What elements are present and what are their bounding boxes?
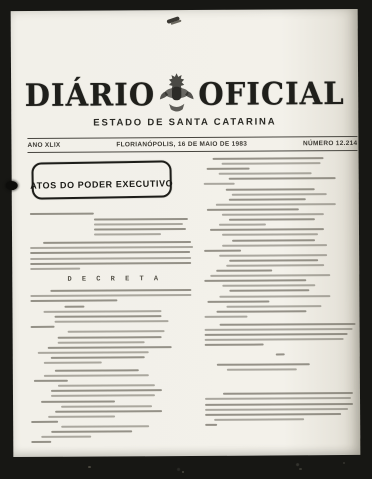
paper-page: DIÁRIO OFICIAL ESTADO DE SANTA CATARINA …	[11, 9, 361, 457]
text-line	[205, 328, 353, 331]
text-line	[31, 326, 55, 328]
text-line	[30, 262, 191, 265]
text-line	[94, 233, 161, 235]
dateline-city-date: FLORIANÓPOLIS, 16 DE MAIO DE 1983	[116, 141, 247, 149]
text-line	[225, 188, 314, 191]
text-block-items	[204, 157, 359, 318]
text-line	[30, 246, 193, 249]
dateline-ano: ANO XLIX	[27, 142, 60, 149]
text-line	[54, 315, 162, 318]
text-line	[34, 380, 68, 382]
section-box-label: ATOS DO PODER EXECUTIVO	[30, 178, 173, 190]
text-line	[58, 336, 162, 339]
text-line	[31, 441, 51, 443]
text-line	[55, 410, 163, 413]
text-line	[219, 224, 265, 226]
text-line	[210, 228, 324, 231]
text-line	[223, 392, 352, 395]
text-line	[205, 424, 217, 426]
scan-speck	[88, 466, 91, 468]
text-line	[58, 384, 155, 387]
text-line	[30, 294, 191, 297]
text-line	[41, 400, 115, 402]
text-line	[219, 173, 311, 176]
text-line	[37, 351, 148, 354]
text-line	[205, 338, 344, 341]
text-line	[205, 333, 348, 336]
text-line	[223, 285, 315, 288]
text-line	[207, 208, 299, 211]
text-line	[229, 290, 309, 292]
text-line	[226, 305, 321, 308]
text-line	[30, 257, 191, 260]
decreta-heading: D E C R E T A	[30, 275, 198, 284]
text-line	[204, 249, 241, 251]
text-line	[228, 198, 305, 200]
scan-speck	[299, 468, 302, 470]
text-line	[44, 361, 101, 363]
scan-background: DIÁRIO OFICIAL ESTADO DE SANTA CATARINA …	[0, 0, 372, 479]
text-line	[210, 274, 330, 277]
text-line	[51, 395, 155, 398]
text-line	[217, 364, 309, 367]
text-line	[232, 239, 315, 242]
text-line	[226, 264, 325, 267]
text-block-paragraph	[205, 323, 359, 346]
text-line	[61, 425, 148, 428]
text-line	[50, 289, 191, 292]
text-line	[94, 228, 186, 231]
text-line	[51, 430, 132, 432]
text-line	[30, 267, 80, 269]
text-line	[226, 369, 297, 371]
text-line	[94, 223, 183, 226]
text-line	[44, 374, 148, 377]
text-line	[30, 213, 94, 215]
text-block-separator	[205, 353, 359, 356]
punch-hole-mark	[6, 181, 18, 190]
text-block-citation	[30, 218, 198, 236]
text-line	[30, 299, 117, 302]
text-line	[213, 157, 324, 160]
left-column: ATOS DO PODER EXECUTIVO D E C R E T A	[30, 161, 200, 446]
text-line	[205, 316, 248, 318]
text-line	[44, 310, 162, 313]
text-line	[222, 213, 324, 216]
text-line	[58, 341, 145, 344]
text-block-items	[31, 369, 199, 443]
scan-speck	[343, 462, 345, 464]
text-line	[220, 323, 356, 326]
text-line	[54, 369, 138, 372]
text-line	[217, 270, 272, 272]
masthead-subtitle: ESTADO DE SANTA CATARINA	[11, 116, 358, 129]
text-line	[276, 354, 285, 356]
text-line	[220, 295, 331, 298]
scan-speck	[182, 471, 184, 473]
text-line	[41, 436, 91, 438]
text-block-closing	[205, 392, 359, 426]
text-line	[216, 203, 336, 206]
section-box: ATOS DO PODER EXECUTIVO	[31, 160, 172, 199]
text-block-preamble	[30, 241, 198, 269]
text-line	[220, 254, 328, 257]
text-line	[205, 408, 348, 411]
text-line	[222, 234, 317, 237]
text-line	[222, 162, 321, 165]
masthead: DIÁRIO OFICIAL ESTADO DE SANTA CATARINA	[11, 75, 358, 129]
text-line	[204, 183, 235, 185]
text-block-article	[30, 289, 198, 302]
text-line	[205, 344, 264, 346]
text-line	[204, 280, 306, 283]
text-line	[229, 218, 315, 221]
text-block-decree-heading	[30, 212, 198, 215]
text-line	[43, 241, 191, 244]
text-line	[223, 244, 328, 247]
text-block-items	[30, 305, 198, 364]
text-line	[94, 218, 188, 221]
coat-of-arms-icon	[160, 72, 194, 114]
text-line	[68, 331, 165, 334]
scan-smudge	[166, 16, 180, 24]
text-line	[228, 177, 336, 180]
text-line	[205, 403, 353, 406]
right-column	[204, 151, 360, 429]
text-block-short-lines	[205, 363, 359, 371]
masthead-title-left: DIÁRIO	[25, 78, 156, 113]
text-line	[229, 259, 318, 262]
text-line	[51, 389, 162, 392]
masthead-title-right: OFICIAL	[198, 77, 344, 112]
text-line	[205, 413, 341, 416]
dateline-numero: NÚMERO 12.214	[303, 140, 358, 147]
text-line	[51, 356, 145, 359]
text-line	[217, 310, 306, 313]
text-line	[61, 405, 152, 408]
text-line	[31, 421, 58, 423]
text-line	[207, 300, 269, 302]
text-line	[30, 251, 190, 254]
text-line	[48, 415, 115, 417]
text-line	[54, 320, 168, 323]
text-line	[47, 346, 171, 349]
masthead-title: DIÁRIO OFICIAL	[21, 75, 347, 115]
text-line	[231, 193, 326, 196]
text-line	[205, 397, 351, 400]
text-line	[207, 168, 250, 170]
text-line	[64, 306, 84, 308]
text-line	[214, 418, 303, 421]
